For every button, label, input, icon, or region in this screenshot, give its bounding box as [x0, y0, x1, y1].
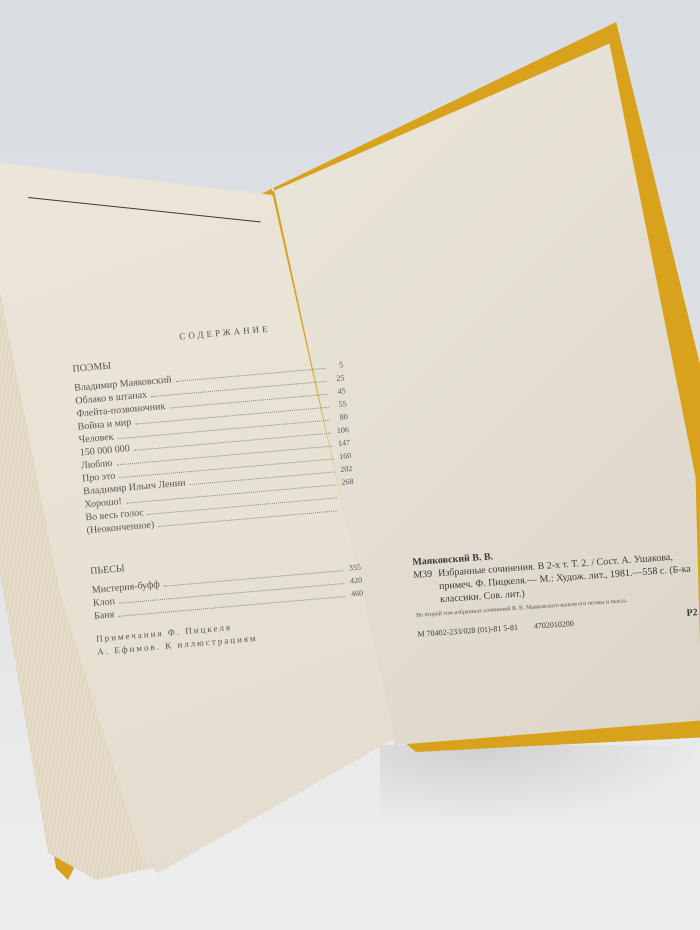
catalog-code: М39 — [413, 568, 435, 608]
table-shadow — [380, 745, 700, 825]
table-of-contents: СОДЕРЖАНИЕ ПОЭМЫ Владимир Маяковский5 Об… — [70, 316, 367, 658]
index-number: 4702010200 — [533, 617, 574, 633]
classification-code: Р2 — [686, 606, 698, 620]
